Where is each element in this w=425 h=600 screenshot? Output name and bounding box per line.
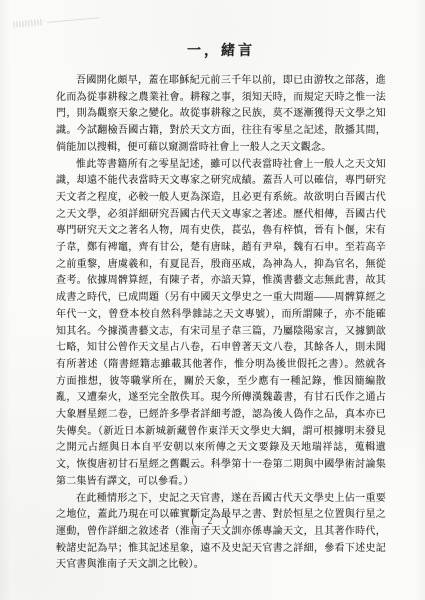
pencil-stroke (47, 17, 99, 23)
paragraph-tianguanshu: 在此種情形之下，史記之天官書，遂在吾國古代天文學史上佔一重要之地位，蓋此乃現在可… (56, 491, 386, 575)
page-number: ( 2 ) (0, 516, 425, 527)
pencil-mark (13, 6, 124, 28)
pencil-scribble (13, 20, 43, 29)
paragraph-ancient-astronomers: 惟此等書籍所有之零星記述，雖可以代表當時社會上一般人之天文知識，却遠不能代表當時… (56, 157, 386, 491)
text-block: 一，緒言 吾國開化頗早，蓋在耶穌紀元前三千年以前，即已由游牧之部落，進化而為從事… (56, 40, 386, 574)
scanned-book-page: 一，緒言 吾國開化頗早，蓋在耶穌紀元前三千年以前，即已由游牧之部落，進化而為從事… (0, 0, 425, 600)
paragraph-intro: 吾國開化頗早，蓋在耶穌紀元前三千年以前，即已由游牧之部落，進化而為從事耕稼之農業… (56, 73, 386, 157)
section-title: 一，緒言 (56, 40, 386, 60)
